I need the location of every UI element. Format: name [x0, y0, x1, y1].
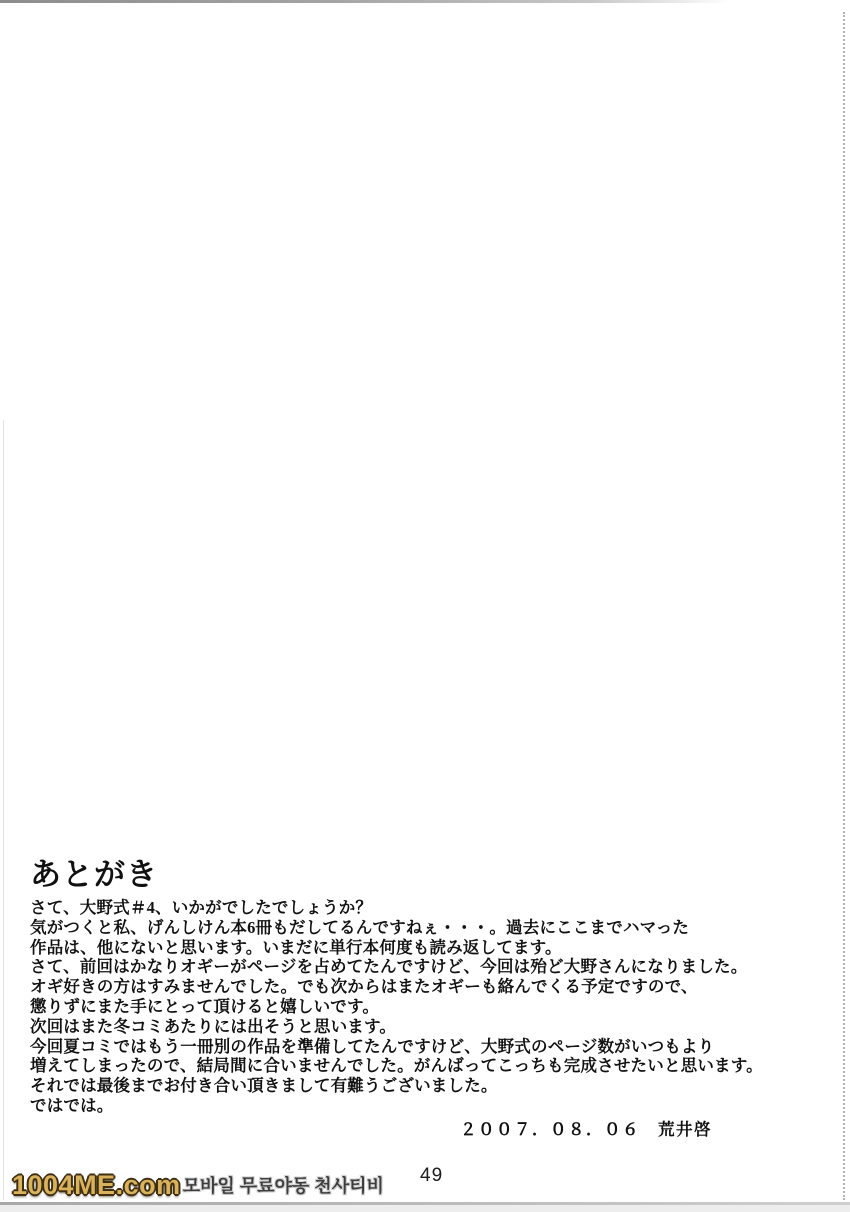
afterword-line: 次回はまた冬コミあたりには出そうと思います。	[30, 1017, 822, 1037]
afterword-title: あとがき	[30, 855, 822, 895]
afterword-line: 増えてしまったので、結局間に合いませんでした。がんばってこっちも完成させたいと思…	[30, 1056, 822, 1076]
afterword-line: それでは最後までお付き合い頂きまして有難うございました。	[30, 1076, 822, 1096]
scan-right-page-edge	[843, 12, 845, 1200]
date-signature: ２００７．０８．０６ 荒井啓	[30, 1119, 822, 1141]
afterword-line: 今回夏コミではもう一冊別の作品を準備してたんですけど、大野式のページ数がいつもよ…	[30, 1037, 822, 1057]
watermark-korean-text: 모바일 무료야동 천사티비	[183, 1172, 384, 1198]
afterword-line: オギ好きの方はすみませんでした。でも次からはまたオギーも絡んでくる予定ですので、	[30, 977, 822, 997]
afterword-line: 作品は、他にないと思います。いまだに単行本何度も読み返してます。	[30, 938, 822, 958]
afterword-line: 気がつくと私、げんしけん本6冊もだしてるんですねぇ・・・。過去にここまでハマった	[30, 918, 822, 938]
scan-top-edge-line	[0, 0, 850, 3]
scanned-manga-page: あとがき さて、大野式＃4、いかがでしたでしょうか？気がつくと私、げんしけん本6…	[0, 0, 850, 1212]
scan-bottom-strip	[0, 1205, 850, 1212]
afterword-line: さて、前回はかなりオギーがページを占めてたんですけど、今回は殆ど大野さんになりま…	[30, 957, 822, 977]
watermark: 1004ME.com 모바일 무료야동 천사티비	[12, 1166, 384, 1204]
watermark-site-logo: 1004ME.com	[12, 1170, 181, 1201]
scan-left-edge-line	[3, 420, 4, 1200]
afterword-body: さて、大野式＃4、いかがでしたでしょうか？気がつくと私、げんしけん本6冊もだして…	[30, 898, 822, 1116]
afterword-line: ではでは。	[30, 1096, 822, 1116]
afterword-line: さて、大野式＃4、いかがでしたでしょうか？	[30, 898, 822, 918]
afterword-line: 懲りずにまた手にとって頂けると嬉しいです。	[30, 997, 822, 1017]
afterword-section: あとがき さて、大野式＃4、いかがでしたでしょうか？気がつくと私、げんしけん本6…	[30, 855, 822, 1141]
page-number: 49	[420, 1165, 443, 1187]
